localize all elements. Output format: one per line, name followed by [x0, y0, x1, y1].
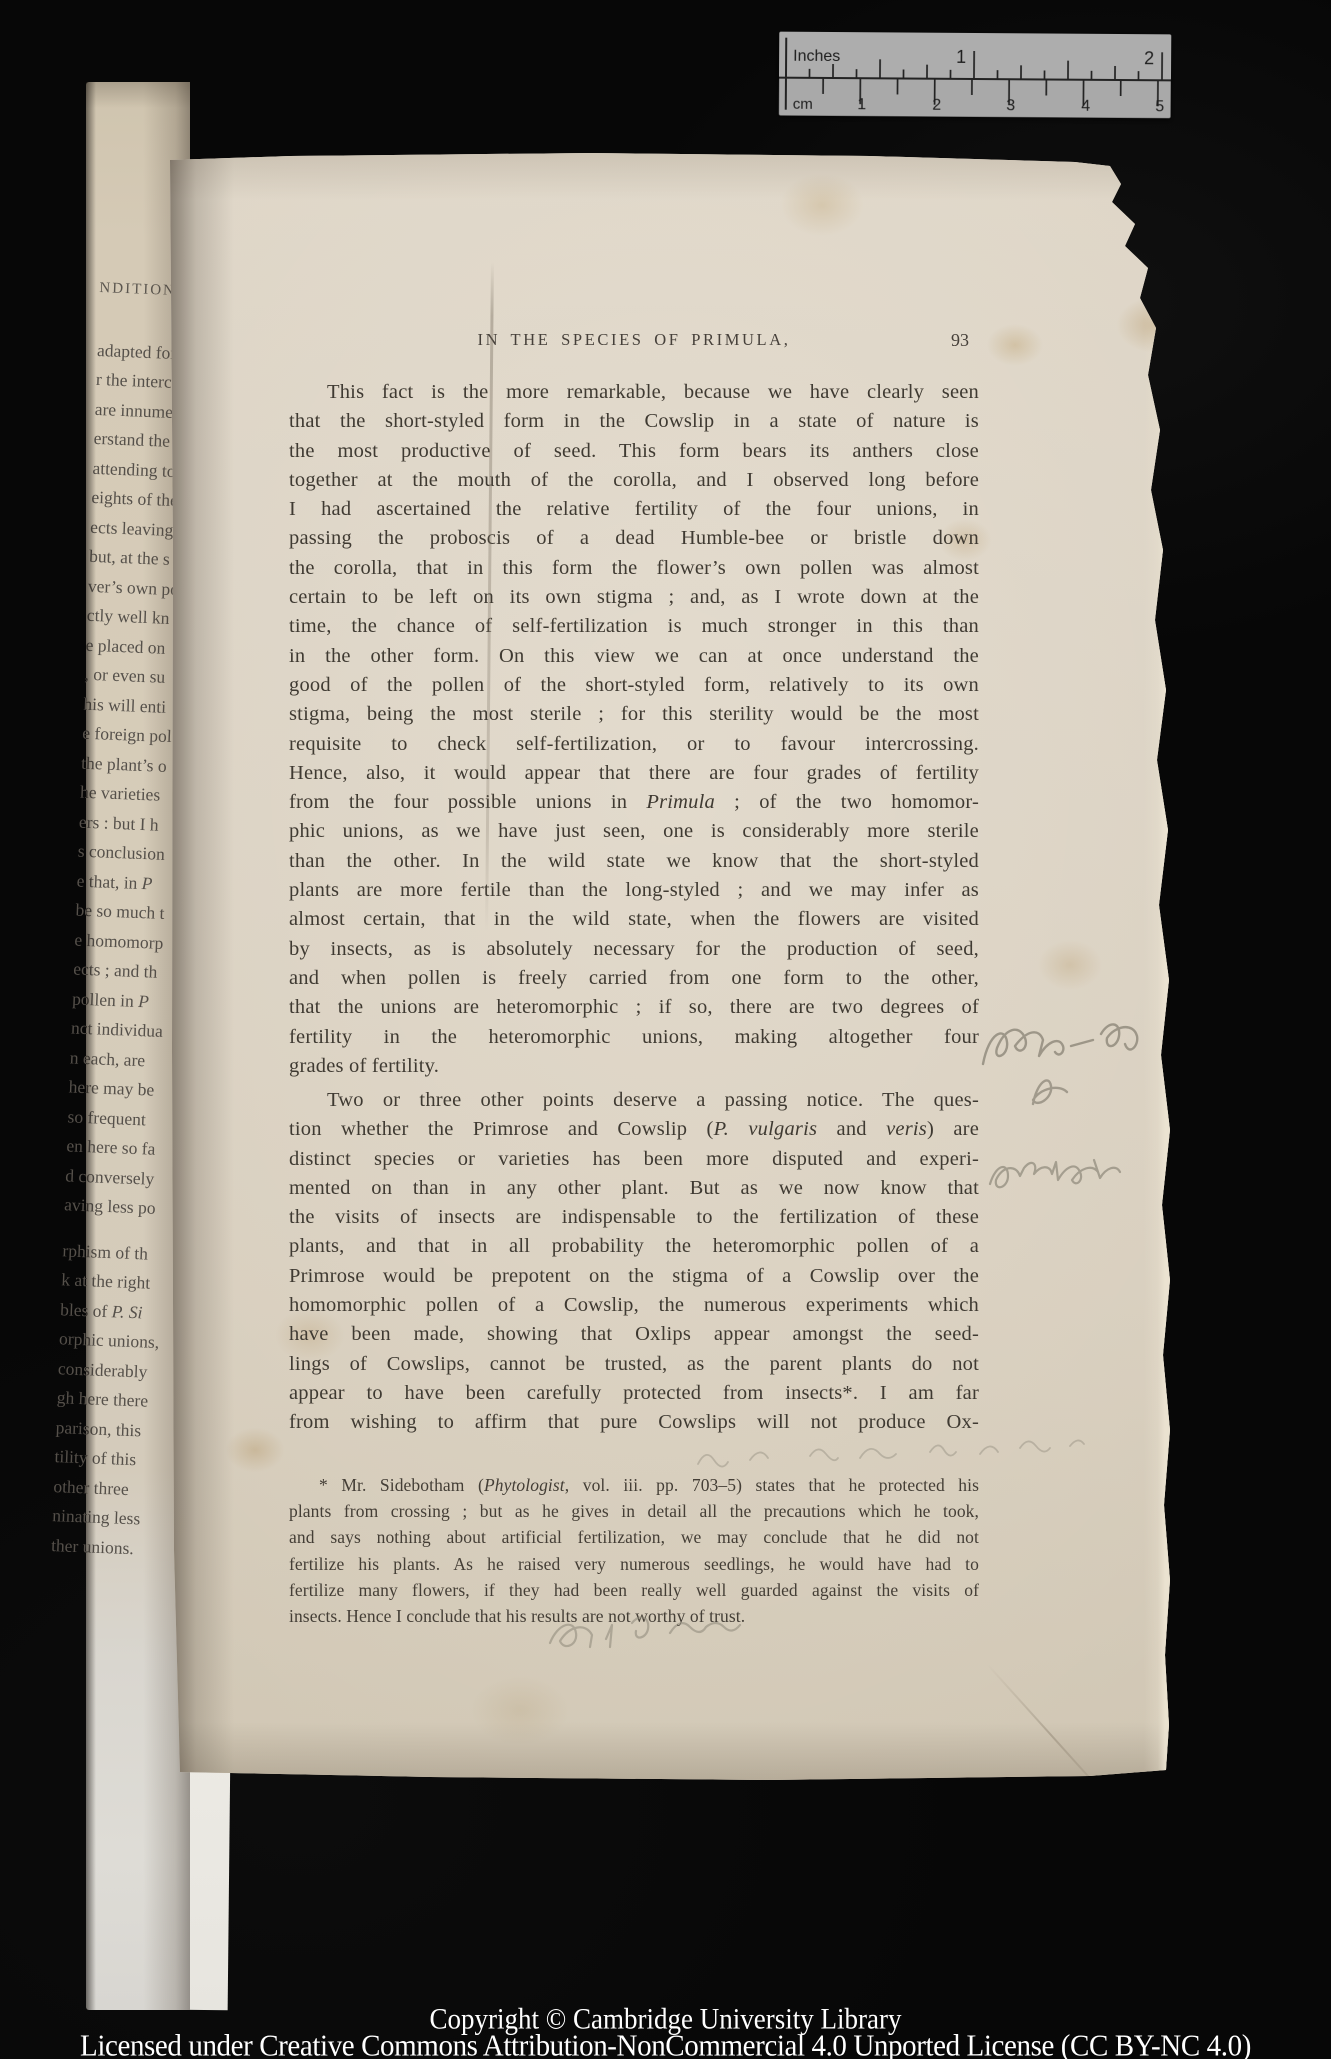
pencil-annotation-4 [540, 1603, 785, 1675]
text-line: grades of fertility. [289, 1052, 979, 1081]
text-line: s conclusion [77, 837, 188, 871]
pencil-annotation-3 [690, 1430, 1100, 1485]
text-line: by insects, as is absolutely necessary f… [289, 935, 979, 964]
text-line: n each, are [69, 1043, 180, 1077]
ruler-cm-number: 1 [857, 96, 866, 113]
ruler-cm-number: 4 [1081, 98, 1090, 115]
ruler-inch-number: 2 [1144, 48, 1154, 68]
text-line: tility of this [54, 1442, 165, 1476]
text-line: from the four possible unions in Primula… [289, 788, 979, 817]
text-line: appear to have been carefully protected … [289, 1379, 979, 1408]
text-line: together at the mouth of the corolla, an… [289, 466, 979, 495]
text-line: fertility in the heteromorphic unions, m… [289, 1023, 979, 1052]
ruler-inches-label: Inches [793, 48, 840, 65]
text-line: ects ; and th [73, 954, 184, 988]
page-number: 93 [951, 330, 969, 351]
text-line: plants from crossing ; but as he gives i… [289, 1498, 979, 1524]
text-line: rphism of th [62, 1236, 173, 1270]
ruler-inch-number: 1 [956, 47, 966, 67]
text-line: the corolla, that in this form the flowe… [289, 554, 979, 583]
text-line: This fact is the more remarkable, becaus… [289, 378, 979, 407]
text-line: aving less po [64, 1190, 175, 1224]
text-line: bles of P. Si [60, 1295, 171, 1329]
text-line: Two or three other points deserve a pass… [289, 1086, 979, 1115]
text-line: certain to be left on its own stigma ; a… [289, 583, 979, 612]
text-line: Hence, also, it would appear that there … [289, 759, 979, 788]
text-line: be so much t [75, 896, 186, 930]
text-line: I had ascertained the relative fertility… [289, 495, 979, 524]
running-title: IN THE SPECIES OF PRIMULA, [289, 330, 979, 350]
text-line: stigma, being the most sterile ; for thi… [289, 700, 979, 729]
text-line: here may be [68, 1072, 179, 1106]
text-line: so frequent [67, 1102, 178, 1136]
text-line: Primrose would be prepotent on the stigm… [289, 1262, 979, 1291]
text-line: homomorphic pollen of a Cowslip, the num… [289, 1291, 979, 1320]
page-header: IN THE SPECIES OF PRIMULA, 93 [289, 330, 979, 356]
text-line: tion whether the Primrose and Cowslip (P… [289, 1115, 979, 1144]
ruler-cm-number: 2 [932, 97, 941, 114]
text-line: that the unions are heteromorphic ; if s… [289, 993, 979, 1022]
text-line: ninating less [52, 1501, 163, 1535]
text-line: and when pollen is freely carried from o… [289, 964, 979, 993]
text-line: e that, in P [76, 866, 187, 900]
ruler-cm-number: 3 [1006, 97, 1015, 114]
text-line: have been made, showing that Oxlips appe… [289, 1320, 979, 1349]
text-line: plants are more fertile than the long-st… [289, 876, 979, 905]
text-line: almost certain, that in the wild state, … [289, 905, 979, 934]
text-line: requisite to check self-fertilization, o… [289, 730, 979, 759]
text-line: mented on than in any other plant. But a… [289, 1174, 979, 1203]
ruler-cm-number: 5 [1155, 98, 1164, 115]
measurement-ruler: Inches 1 2 cm 1 2 3 4 5 [779, 32, 1172, 119]
body-paragraph-1: This fact is the more remarkable, becaus… [289, 378, 979, 1081]
text-line: fertilize many flowers, if they had been… [289, 1577, 979, 1603]
text-line: en here so fa [66, 1131, 177, 1165]
text-line: passing the proboscis of a dead Humble-b… [289, 524, 979, 553]
text-line: the visits of insects are indispensable … [289, 1203, 979, 1232]
text-line: good of the pollen of the short-styled f… [289, 671, 979, 700]
pencil-annotation-1 [975, 1012, 1150, 1122]
text-line: parison, this [55, 1413, 166, 1447]
photographed-book-spread: Inches 1 2 cm 1 2 3 4 5 NDITION adapted … [0, 0, 1331, 2059]
text-line: that the short-styled form in the Cowsli… [289, 407, 979, 436]
caption-license: Licensed under Creative Commons Attribut… [0, 2029, 1331, 2059]
text-line: time, the chance of self-fertilization i… [289, 612, 979, 641]
text-line: orphic unions, [59, 1324, 170, 1358]
pencil-annotation-2 [980, 1140, 1145, 1212]
body-paragraph-2: Two or three other points deserve a pass… [289, 1086, 979, 1438]
text-line: distinct species or varieties has been m… [289, 1145, 979, 1174]
text-line: in the other form. On this view we can a… [289, 642, 979, 671]
text-line: pollen in P [72, 984, 183, 1018]
main-page: IN THE SPECIES OF PRIMULA, 93 This fact … [170, 150, 1170, 1782]
corner-crease [987, 1664, 1116, 1807]
text-line: e homomorp [74, 925, 185, 959]
text-line: lings of Cowslips, cannot be trusted, as… [289, 1350, 979, 1379]
text-line: gh here there [56, 1383, 167, 1417]
text-line: nct individua [70, 1013, 181, 1047]
text-line: the most productive of seed. This form b… [289, 437, 979, 466]
text-line: phic unions, as we have just seen, one i… [289, 817, 979, 846]
text-line: ther unions. [51, 1531, 162, 1565]
text-line: d conversely [65, 1161, 176, 1195]
text-line: other three [53, 1472, 164, 1506]
ruler-svg: Inches 1 2 cm 1 2 3 4 5 [779, 32, 1172, 119]
text-line: than the other. In the wild state we kno… [289, 847, 979, 876]
ruler-cm-label: cm [793, 96, 813, 113]
left-page-fragments-2: rphism of thk at the rightbles of P. Sio… [51, 1236, 173, 1564]
text-line: considerably [57, 1354, 168, 1388]
text-line: k at the right [61, 1265, 172, 1299]
text-line: and says nothing about artificial fertil… [289, 1524, 979, 1550]
text-line: plants, and that in all probability the … [289, 1232, 979, 1261]
text-line: fertilize his plants. As he raised very … [289, 1551, 979, 1577]
